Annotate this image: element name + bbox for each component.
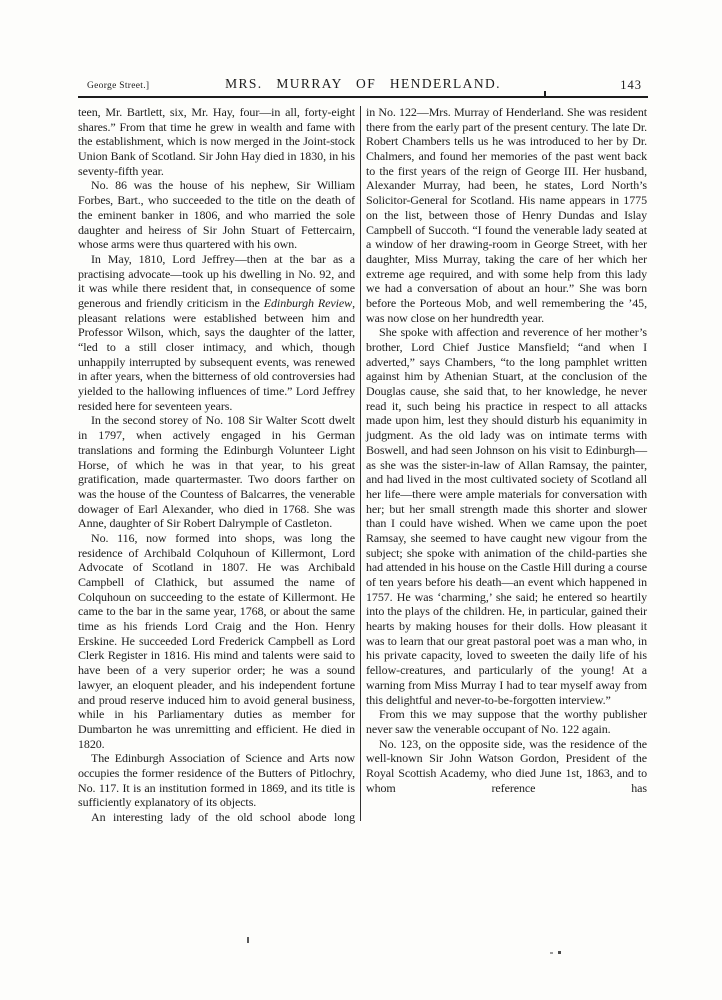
- paragraph: She spoke with affection and reverence o…: [366, 325, 647, 707]
- paragraph-text: The Edinburgh Association of Science and…: [78, 751, 355, 809]
- paragraph: No. 116, now formed into shops, was long…: [78, 531, 355, 751]
- paragraph-text: An interesting lady of the old school ab…: [91, 810, 355, 824]
- scan-speck: [558, 951, 561, 954]
- paragraph: From this we may suppose that the worthy…: [366, 707, 647, 736]
- paragraph-text: No. 123, on the opposite side, was the r…: [366, 737, 647, 795]
- right-column: in No. 122—Mrs. Murray of Henderland. Sh…: [366, 105, 647, 825]
- paragraph-text: , pleasant relations were established be…: [78, 296, 355, 413]
- text-columns: teen, Mr. Bartlett, six, Mr. Hay, four—i…: [78, 105, 648, 825]
- page-header: George Street.] MRS. MURRAY OF HENDERLAN…: [78, 76, 648, 94]
- page-title: MRS. MURRAY OF HENDERLAND.: [78, 76, 648, 92]
- paragraph: No. 123, on the opposite side, was the r…: [366, 737, 647, 796]
- paragraph-text: She spoke with affection and reverence o…: [366, 325, 647, 706]
- paragraph-text: In the second storey of No. 108 Sir Walt…: [78, 413, 355, 530]
- column-divider: [360, 106, 361, 821]
- book-page: George Street.] MRS. MURRAY OF HENDERLAN…: [0, 0, 722, 1000]
- paragraph: In May, 1810, Lord Jeffrey—then at the b…: [78, 252, 355, 414]
- paragraph-text: From this we may suppose that the worthy…: [366, 707, 647, 736]
- italic-book-title: Edinburgh Review: [264, 296, 352, 310]
- rule-tick-mark: [544, 91, 546, 96]
- paragraph-text: teen, Mr. Bartlett, six, Mr. Hay, four—i…: [78, 105, 355, 178]
- paragraph: In the second storey of No. 108 Sir Walt…: [78, 413, 355, 531]
- paragraph-text: No. 116, now formed into shops, was long…: [78, 531, 355, 751]
- left-column: teen, Mr. Bartlett, six, Mr. Hay, four—i…: [78, 105, 355, 825]
- paragraph-text: No. 86 was the house of his nephew, Sir …: [78, 178, 355, 251]
- paragraph: An interesting lady of the old school ab…: [78, 810, 355, 825]
- page-number: 143: [620, 78, 642, 93]
- header-rule: [78, 96, 648, 98]
- paragraph: teen, Mr. Bartlett, six, Mr. Hay, four—i…: [78, 105, 355, 178]
- scan-speck: [247, 937, 249, 943]
- paragraph: The Edinburgh Association of Science and…: [78, 751, 355, 810]
- paragraph: No. 86 was the house of his nephew, Sir …: [78, 178, 355, 251]
- paragraph: in No. 122—Mrs. Murray of Henderland. Sh…: [366, 105, 647, 325]
- paragraph-text: in No. 122—Mrs. Murray of Henderland. Sh…: [366, 105, 647, 325]
- scan-speck: [550, 952, 553, 954]
